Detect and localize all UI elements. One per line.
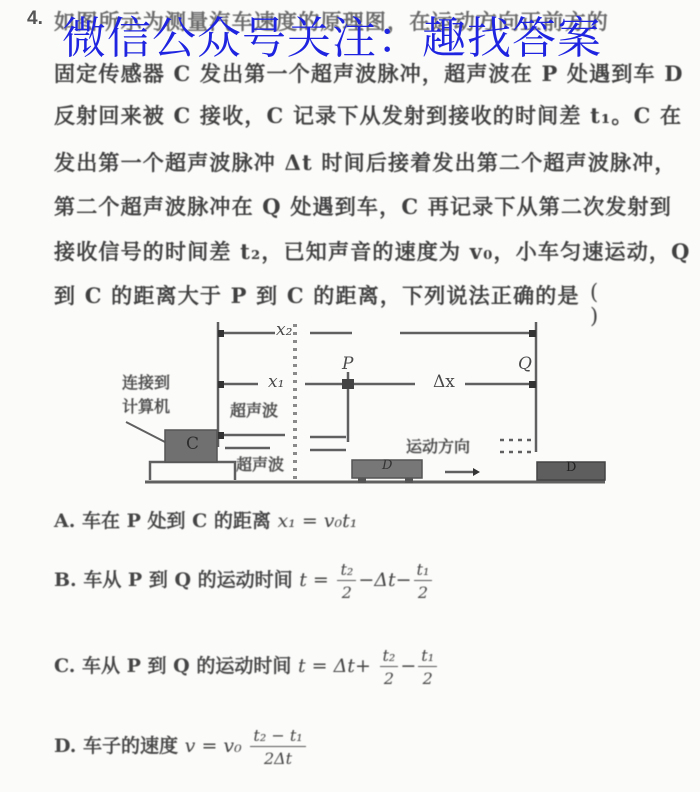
fraction-numerator: t₂: [337, 560, 356, 581]
option-c-fraction-2: t₁ 2: [418, 646, 437, 688]
fraction-numerator: t₂ − t₁: [250, 726, 305, 747]
option-c-text: 车从 P 到 Q 的运动时间: [82, 655, 298, 677]
option-a-formula: x₁ = v₀t₁: [277, 510, 357, 532]
label-delta-x: Δx: [433, 372, 455, 392]
label-x1: x₁: [268, 372, 284, 392]
exam-page: 4. 微信公众号关注：趣找答案 如图所示为测量汽车速度的原理图，在运动方向正前方…: [0, 0, 700, 792]
fraction-numerator: t₁: [414, 560, 433, 581]
option-b-fraction-2: t₁ 2: [414, 560, 433, 602]
option-a-letter: A.: [54, 510, 75, 532]
label-ultrasonic-top: 超声波: [230, 398, 278, 421]
option-b-formula-prefix: t =: [299, 569, 329, 591]
fraction-denominator: 2: [414, 581, 433, 602]
option-b-text: 车从 P 到 Q 的运动时间: [83, 569, 299, 591]
car-d-at-q: D: [566, 460, 576, 475]
label-ultrasonic-bottom: 超声波: [236, 452, 284, 475]
option-b-fraction-1: t₂ 2: [337, 560, 356, 602]
option-d[interactable]: D. 车子的速度 v = v₀ t₂ − t₁ 2Δt: [54, 726, 308, 768]
option-b-mid: −Δt−: [358, 569, 411, 591]
option-d-fraction: t₂ − t₁ 2Δt: [250, 726, 305, 768]
fraction-denominator: 2: [380, 667, 399, 688]
option-d-letter: D.: [54, 735, 76, 757]
option-c-mid: −: [400, 655, 416, 677]
question-number: 4.: [27, 8, 43, 30]
fraction-denominator: 2Δt: [250, 747, 305, 768]
label-connect-computer-2: 计算机: [122, 394, 170, 417]
label-x2: x₂: [276, 320, 292, 340]
option-c-fraction-1: t₂ 2: [380, 646, 399, 688]
diagram-lines: [100, 312, 630, 490]
stem-line-5: 第二个超声波脉冲在 Q 处遇到车，C 再记录下从第二次发射到: [54, 191, 684, 221]
label-direction: 运动方向: [406, 434, 470, 457]
car-d-at-p: D: [382, 458, 392, 473]
label-connect-computer-1: 连接到: [122, 370, 170, 393]
label-point-q: Q: [518, 354, 532, 374]
fraction-denominator: 2: [337, 581, 356, 602]
measurement-diagram: 连接到 计算机 C 超声波 超声波 x₂ x₁ P Δx Q 运动方向 D D: [100, 312, 630, 490]
option-c-letter: C.: [54, 655, 75, 677]
watermark-text: 微信公众号关注：趣找答案: [62, 2, 602, 66]
fraction-numerator: t₁: [418, 646, 437, 667]
option-a[interactable]: A. 车在 P 处到 C 的距离 x₁ = v₀t₁: [54, 506, 357, 533]
stem-line-3: 反射回来被 C 接收，C 记录下从发射到接收的时间差 t₁。C 在: [54, 100, 684, 130]
option-c-formula-prefix: t = Δt+: [298, 655, 371, 677]
option-b[interactable]: B. 车从 P 到 Q 的运动时间 t = t₂ 2 −Δt− t₁ 2: [54, 560, 434, 602]
label-point-p: P: [342, 354, 353, 374]
option-d-formula-prefix: v = v₀: [185, 735, 242, 757]
option-b-letter: B.: [54, 569, 77, 591]
stem-line-6: 接收信号的时间差 t₂，已知声音的速度为 v₀，小车匀速运动，Q: [54, 236, 684, 266]
stem-line-4: 发出第一个超声波脉冲 Δt 时间后接着发出第二个超声波脉冲，: [54, 147, 684, 177]
sensor-c-label: C: [186, 434, 199, 454]
fraction-numerator: t₂: [380, 646, 399, 667]
option-a-text: 车在 P 处到 C 的距离: [82, 510, 277, 532]
option-c[interactable]: C. 车从 P 到 Q 的运动时间 t = Δt+ t₂ 2 − t₁ 2: [54, 646, 439, 688]
fraction-denominator: 2: [418, 667, 437, 688]
option-d-text: 车子的速度: [83, 735, 185, 757]
